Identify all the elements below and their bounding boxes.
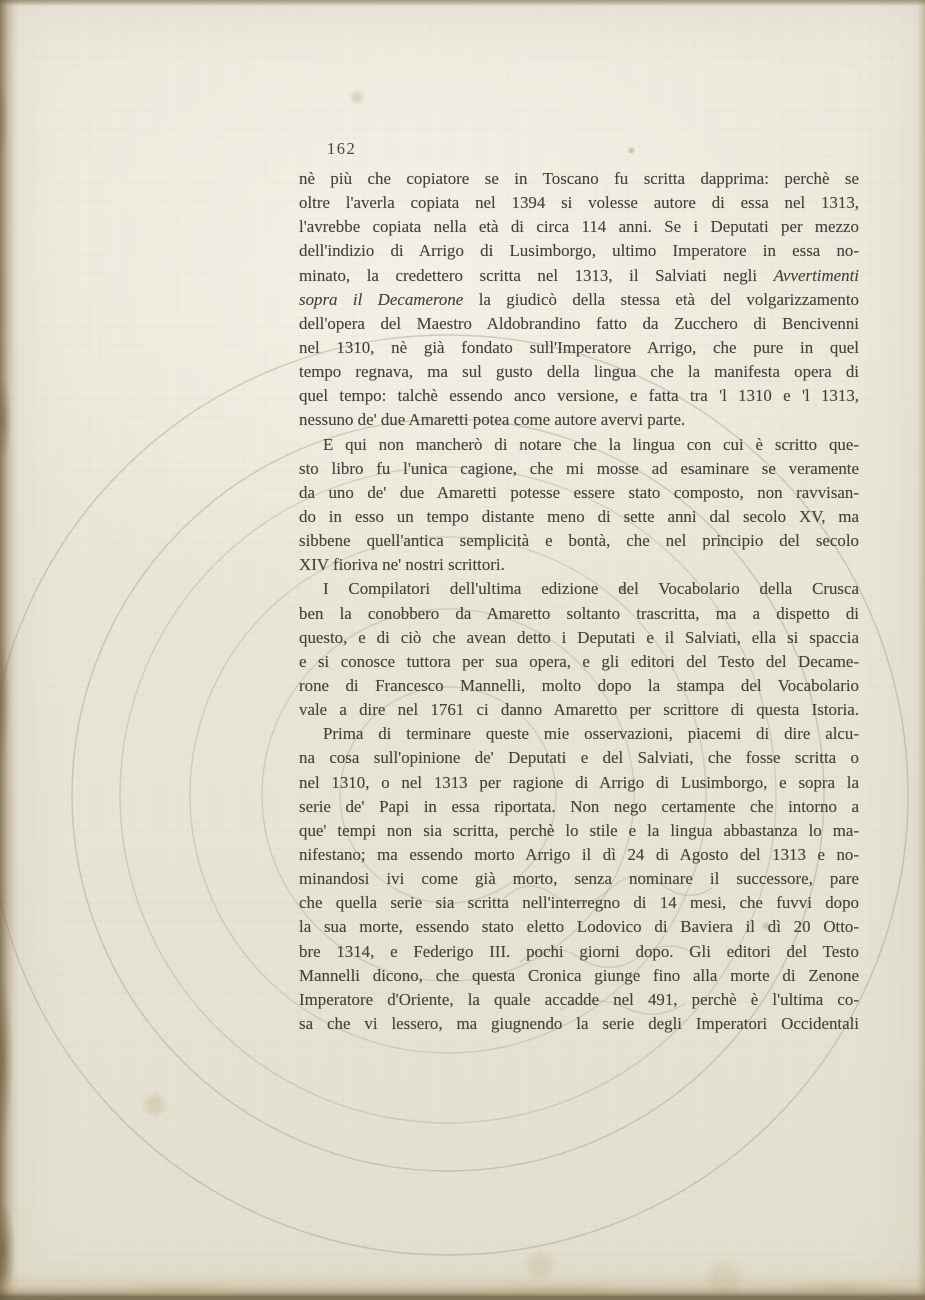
- text-line: minandosi ivi come già morto, senza nomi…: [299, 867, 859, 891]
- text-line: e si conosce tuttora per sua opera, e gl…: [299, 650, 859, 674]
- deckle-edge-bottom: [0, 1274, 925, 1300]
- paragraph: E qui non mancherò di notare che la ling…: [299, 433, 859, 578]
- text-line: ben la conobbero da Amaretto soltanto tr…: [299, 602, 859, 626]
- text-line: sopra il Decamerone la giudicò della ste…: [299, 288, 859, 312]
- text-line: E qui non mancherò di notare che la ling…: [299, 433, 859, 457]
- deckle-edge-top: [0, 0, 925, 6]
- text-block: nè più che copiatore se in Toscano fu sc…: [299, 167, 859, 1036]
- text-line: que' tempi non sia scritta, perchè lo st…: [299, 819, 859, 843]
- text-line: nel 1310, o nel 1313 per ragione di Arri…: [299, 771, 859, 795]
- text-line: bre 1314, e Federigo III. pochi giorni d…: [299, 940, 859, 964]
- text-line: nifestano; ma essendo morto Arrigo il dì…: [299, 843, 859, 867]
- text-line: dell'opera del Maestro Aldobrandino fatt…: [299, 312, 859, 336]
- text-line: Prima di terminare queste mie osservazio…: [299, 722, 859, 746]
- text-line: do in esso un tempo distante meno di set…: [299, 505, 859, 529]
- text-line: quel tempo: talchè essendo anco versione…: [299, 384, 859, 408]
- paragraph: Prima di terminare queste mie osservazio…: [299, 722, 859, 1036]
- text-line: da uno de' due Amaretti potesse essere s…: [299, 481, 859, 505]
- text-line: dell'indizio di Arrigo di Lusimborgo, ul…: [299, 239, 859, 263]
- paragraph: I Compilatori dell'ultima edizione del V…: [299, 577, 859, 722]
- book-page-scan: 162 nè più che copiatore se in Toscano f…: [0, 0, 925, 1300]
- text-line: serie de' Papi in essa riportata. Non ne…: [299, 795, 859, 819]
- text-line: tempo regnava, ma sul gusto della lingua…: [299, 360, 859, 384]
- text-line: I Compilatori dell'ultima edizione del V…: [299, 577, 859, 601]
- text-line: che quella serie sia scritta nell'interr…: [299, 891, 859, 915]
- text-line: rone di Francesco Mannelli, molto dopo l…: [299, 674, 859, 698]
- deckle-edge-right: [917, 0, 925, 1300]
- text-line: na cosa sull'opinione de' Deputati e del…: [299, 746, 859, 770]
- text-line: oltre l'averla copiata nel 1394 si voles…: [299, 191, 859, 215]
- text-line: questo, e di ciò che avean detto i Deput…: [299, 626, 859, 650]
- text-line: XIV fioriva ne' nostri scrittori.: [299, 553, 859, 577]
- text-line: sto libro fu l'unica cagione, che mi mos…: [299, 457, 859, 481]
- text-line: nessuno de' due Amaretti potea come auto…: [299, 408, 859, 432]
- text-line: la sua morte, essendo stato eletto Lodov…: [299, 915, 859, 939]
- text-line: vale a dire nel 1761 ci danno Amaretto p…: [299, 698, 859, 722]
- text-line: Imperatore d'Oriente, la quale accadde n…: [299, 988, 859, 1012]
- paragraph: nè più che copiatore se in Toscano fu sc…: [299, 167, 859, 433]
- text-line: sibbene quell'antica semplicità e bontà,…: [299, 529, 859, 553]
- text-line: nel 1310, nè già fondato sull'Imperatore…: [299, 336, 859, 360]
- text-line: sa che vi lessero, ma giugnendo la serie…: [299, 1012, 859, 1036]
- text-line: minato, la credettero scritta nel 1313, …: [299, 264, 859, 288]
- text-line: Mannelli dicono, che questa Cronica giun…: [299, 964, 859, 988]
- page-number: 162: [327, 139, 356, 159]
- deckle-edge-left: [0, 0, 20, 1300]
- text-line: l'avrebbe copiata nella età di circa 114…: [299, 215, 859, 239]
- text-line: nè più che copiatore se in Toscano fu sc…: [299, 167, 859, 191]
